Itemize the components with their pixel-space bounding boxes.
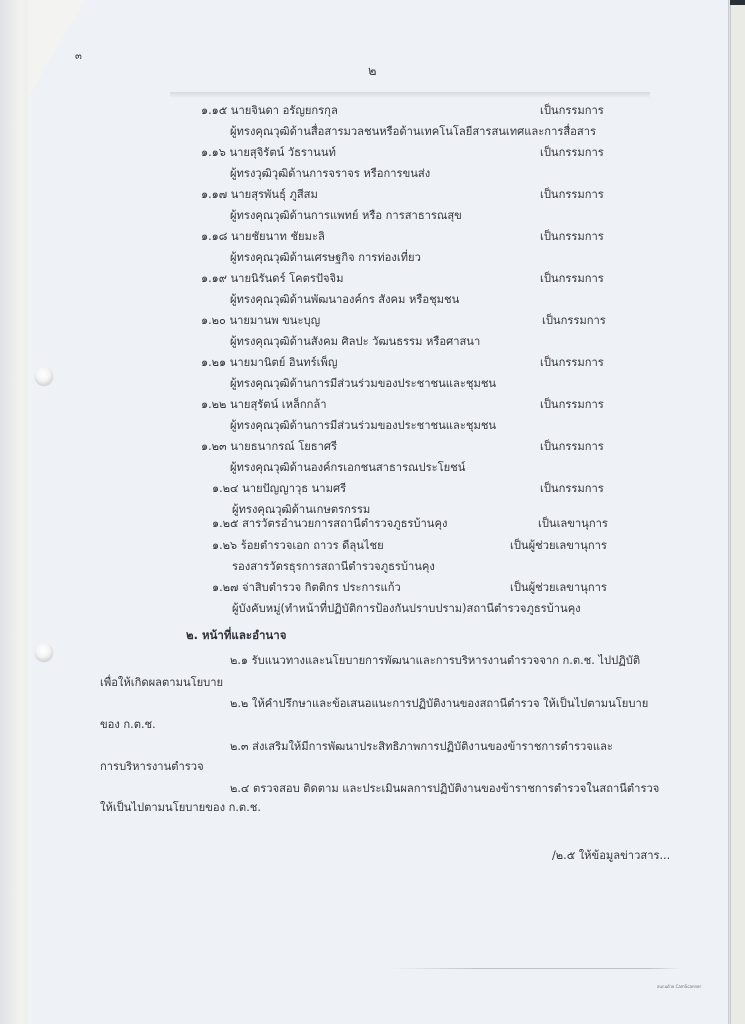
member-role: เป็นผู้ช่วยเลขานุการ bbox=[510, 539, 607, 553]
member-role: เป็นเลขานุการ bbox=[538, 517, 608, 531]
scan-shadow-band bbox=[170, 92, 650, 98]
member-number: ๑.๒๕ bbox=[212, 517, 239, 530]
member-qualification: ผู้ทรงคุณวุฒิด้านเกษตรกรรม bbox=[232, 503, 370, 517]
member-qualification: ผู้ทรงคุณวุฒิด้านพัฒนาองค์กร สังคม หรือช… bbox=[230, 293, 459, 307]
member-entry: ๑.๒๑ นายมานิตย์ อินทร์เพ็ญ bbox=[201, 356, 337, 370]
duty-item: ๒.๑ รับแนวทางและนโยบายการพัฒนาและการบริห… bbox=[230, 654, 640, 668]
duty-item-continued: ให้เป็นไปตามนโยบายของ ก.ต.ช. bbox=[100, 801, 261, 815]
page-number: ๒ bbox=[368, 60, 377, 81]
continuation-note: /๒.๕ ให้ข้อมูลข่าวสาร... bbox=[552, 846, 670, 864]
member-role: เป็นกรรมการ bbox=[540, 146, 604, 160]
member-entry: ๑.๑๖ นายสุจิรัตน์ วัธรานนท์ bbox=[201, 146, 336, 160]
member-number: ๑.๑๗ bbox=[201, 188, 227, 201]
member-name: ร้อยตำรวจเอก ถาวร ดีลุนไชย bbox=[241, 539, 384, 552]
member-name: นายสุรัตน์ เหล็กกล้า bbox=[230, 398, 327, 411]
member-entry: ๑.๑๗ นายสุรพันธุ์ ภูสีสม bbox=[201, 188, 318, 202]
member-name: นายชัยนาท ชัยมะลิ bbox=[231, 230, 325, 243]
member-number: ๑.๒๑ bbox=[201, 356, 226, 369]
member-role: เป็นกรรมการ bbox=[540, 104, 604, 118]
member-name: นายสุรพันธุ์ ภูสีสม bbox=[231, 188, 318, 201]
member-entry: ๑.๒๐ นายมานพ ขนะบุญ bbox=[201, 314, 320, 328]
member-number: ๑.๒๗ bbox=[212, 581, 238, 594]
member-number: ๑.๑๘ bbox=[201, 230, 227, 243]
member-entry: ๑.๑๙ นายนิรันดร์ โคตรปัจจิม bbox=[201, 272, 344, 286]
member-number: ๑.๒๔ bbox=[212, 482, 239, 495]
member-entry: ๑.๒๓ นายธนากรณ์ โยธาศรี bbox=[201, 440, 337, 454]
member-number: ๑.๒๖ bbox=[212, 539, 237, 552]
member-entry: ๑.๒๗ จ่าสิบตำรวจ กิตติกร ประการแก้ว bbox=[212, 581, 401, 595]
punch-hole-icon bbox=[35, 643, 53, 661]
scanner-watermark: สแกนด้วย CamScanner bbox=[657, 983, 701, 990]
member-number: ๑.๒๓ bbox=[201, 440, 227, 453]
duty-item-continued: ของ ก.ต.ช. bbox=[100, 718, 156, 732]
member-qualification: ผู้ทรงคุณวุฒิด้านองค์กรเอกชนสาธารณประโยช… bbox=[230, 461, 465, 475]
member-name: นายจินดา อรัญยกรกุล bbox=[231, 104, 338, 117]
duty-item-continued: การบริหารงานตำรวจ bbox=[100, 760, 204, 774]
member-number: ๑.๒๒ bbox=[201, 398, 226, 411]
next-page-edge bbox=[730, 0, 745, 1024]
member-name: จ่าสิบตำรวจ กิตติกร ประการแก้ว bbox=[242, 581, 401, 594]
section-heading: ๒. หน้าที่และอำนาจ bbox=[186, 627, 287, 645]
duty-item-continued: เพื่อให้เกิดผลตามนโยบาย bbox=[100, 676, 223, 690]
footer-divider bbox=[390, 968, 680, 969]
member-role: เป็นผู้ช่วยเลขานุการ bbox=[510, 581, 607, 595]
duty-item: ๒.๔ ตรวจสอบ ติดตาม และประเมินผลการปฏิบัต… bbox=[230, 782, 659, 796]
member-qualification: ผู้ทรงคุณวุฒิด้านเศรษฐกิจ การท่องเที่ยว bbox=[230, 251, 421, 265]
member-qualification: ผู้ทรงคุณวุฒิด้านการมีส่วนร่วมของประชาชน… bbox=[230, 419, 496, 433]
member-role: เป็นกรรมการ bbox=[540, 356, 604, 370]
member-qualification: ผู้ทรงคุณวุฒิด้านสังคม ศิลปะ วัฒนธรรม หร… bbox=[230, 335, 480, 349]
member-entry: ๑.๒๖ ร้อยตำรวจเอก ถาวร ดีลุนไชย bbox=[212, 539, 384, 553]
member-name: สารวัตรอำนวยการสถานีตำรวจภูธรบ้านคุง bbox=[242, 517, 447, 530]
document-page bbox=[28, 0, 728, 1024]
punch-hole-icon bbox=[35, 367, 53, 385]
member-qualification: รองสารวัตรธุรการสถานีตำรวจภูธรบ้านคุง bbox=[232, 560, 435, 574]
member-number: ๑.๒๐ bbox=[201, 314, 226, 327]
member-number: ๑.๑๕ bbox=[201, 104, 227, 117]
member-name: นายมานิตย์ อินทร์เพ็ญ bbox=[230, 356, 338, 369]
member-qualification: ผู้ทรงวุฒิวุฒิด้านการจราจร หรือการขนส่ง bbox=[230, 167, 430, 181]
member-entry: ๑.๑๕ นายจินดา อรัญยกรกุล bbox=[201, 104, 338, 118]
member-number: ๑.๑๖ bbox=[201, 146, 226, 159]
member-entry: ๑.๑๘ นายชัยนาท ชัยมะลิ bbox=[201, 230, 325, 244]
member-number: ๑.๑๙ bbox=[201, 272, 227, 285]
member-role: เป็นกรรมการ bbox=[540, 398, 604, 412]
member-qualification: ผู้บังคับหมู่(ทำหน้าที่ปฏิบัติการป้องกัน… bbox=[232, 602, 581, 616]
member-name: นายสุจิรัตน์ วัธรานนท์ bbox=[229, 146, 335, 159]
member-role: เป็นกรรมการ bbox=[540, 188, 604, 202]
member-name: นายธนากรณ์ โยธาศรี bbox=[230, 440, 337, 453]
member-name: นายมานพ ขนะบุญ bbox=[229, 314, 320, 327]
member-entry: ๑.๒๒ นายสุรัตน์ เหล็กกล้า bbox=[201, 398, 327, 412]
member-role: เป็นกรรมการ bbox=[540, 440, 604, 454]
member-name: นายปัญญาวุธ นามศรี bbox=[242, 482, 346, 495]
member-entry: ๑.๒๔ นายปัญญาวุธ นามศรี bbox=[212, 482, 346, 496]
member-qualification: ผู้ทรงคุณวุฒิด้านการแพทย์ หรือ การสาธารณ… bbox=[230, 209, 462, 223]
duty-item: ๒.๒ ให้คำปรึกษาและข้อเสนอแนะการปฏิบัติงา… bbox=[230, 697, 648, 711]
member-qualification: ผู้ทรงคุณวุฒิด้านการมีส่วนร่วมของประชาชน… bbox=[230, 377, 496, 391]
member-role: เป็นกรรมการ bbox=[542, 314, 606, 328]
scan-edge-shadow bbox=[730, 0, 745, 5]
page-corner-fold bbox=[28, 0, 98, 120]
member-role: เป็นกรรมการ bbox=[540, 482, 604, 496]
member-role: เป็นกรรมการ bbox=[540, 230, 604, 244]
corner-mark: ๓ bbox=[75, 49, 82, 64]
member-qualification: ผู้ทรงคุณวุฒิด้านสื่อสารมวลชนหรือด้านเทค… bbox=[230, 125, 596, 139]
member-role: เป็นกรรมการ bbox=[540, 272, 604, 286]
member-entry: ๑.๒๕ สารวัตรอำนวยการสถานีตำรวจภูธรบ้านคุ… bbox=[212, 517, 447, 531]
member-name: นายนิรันดร์ โคตรปัจจิม bbox=[231, 272, 344, 285]
duty-item: ๒.๓ ส่งเสริมให้มีการพัฒนาประสิทธิภาพการป… bbox=[230, 740, 613, 754]
